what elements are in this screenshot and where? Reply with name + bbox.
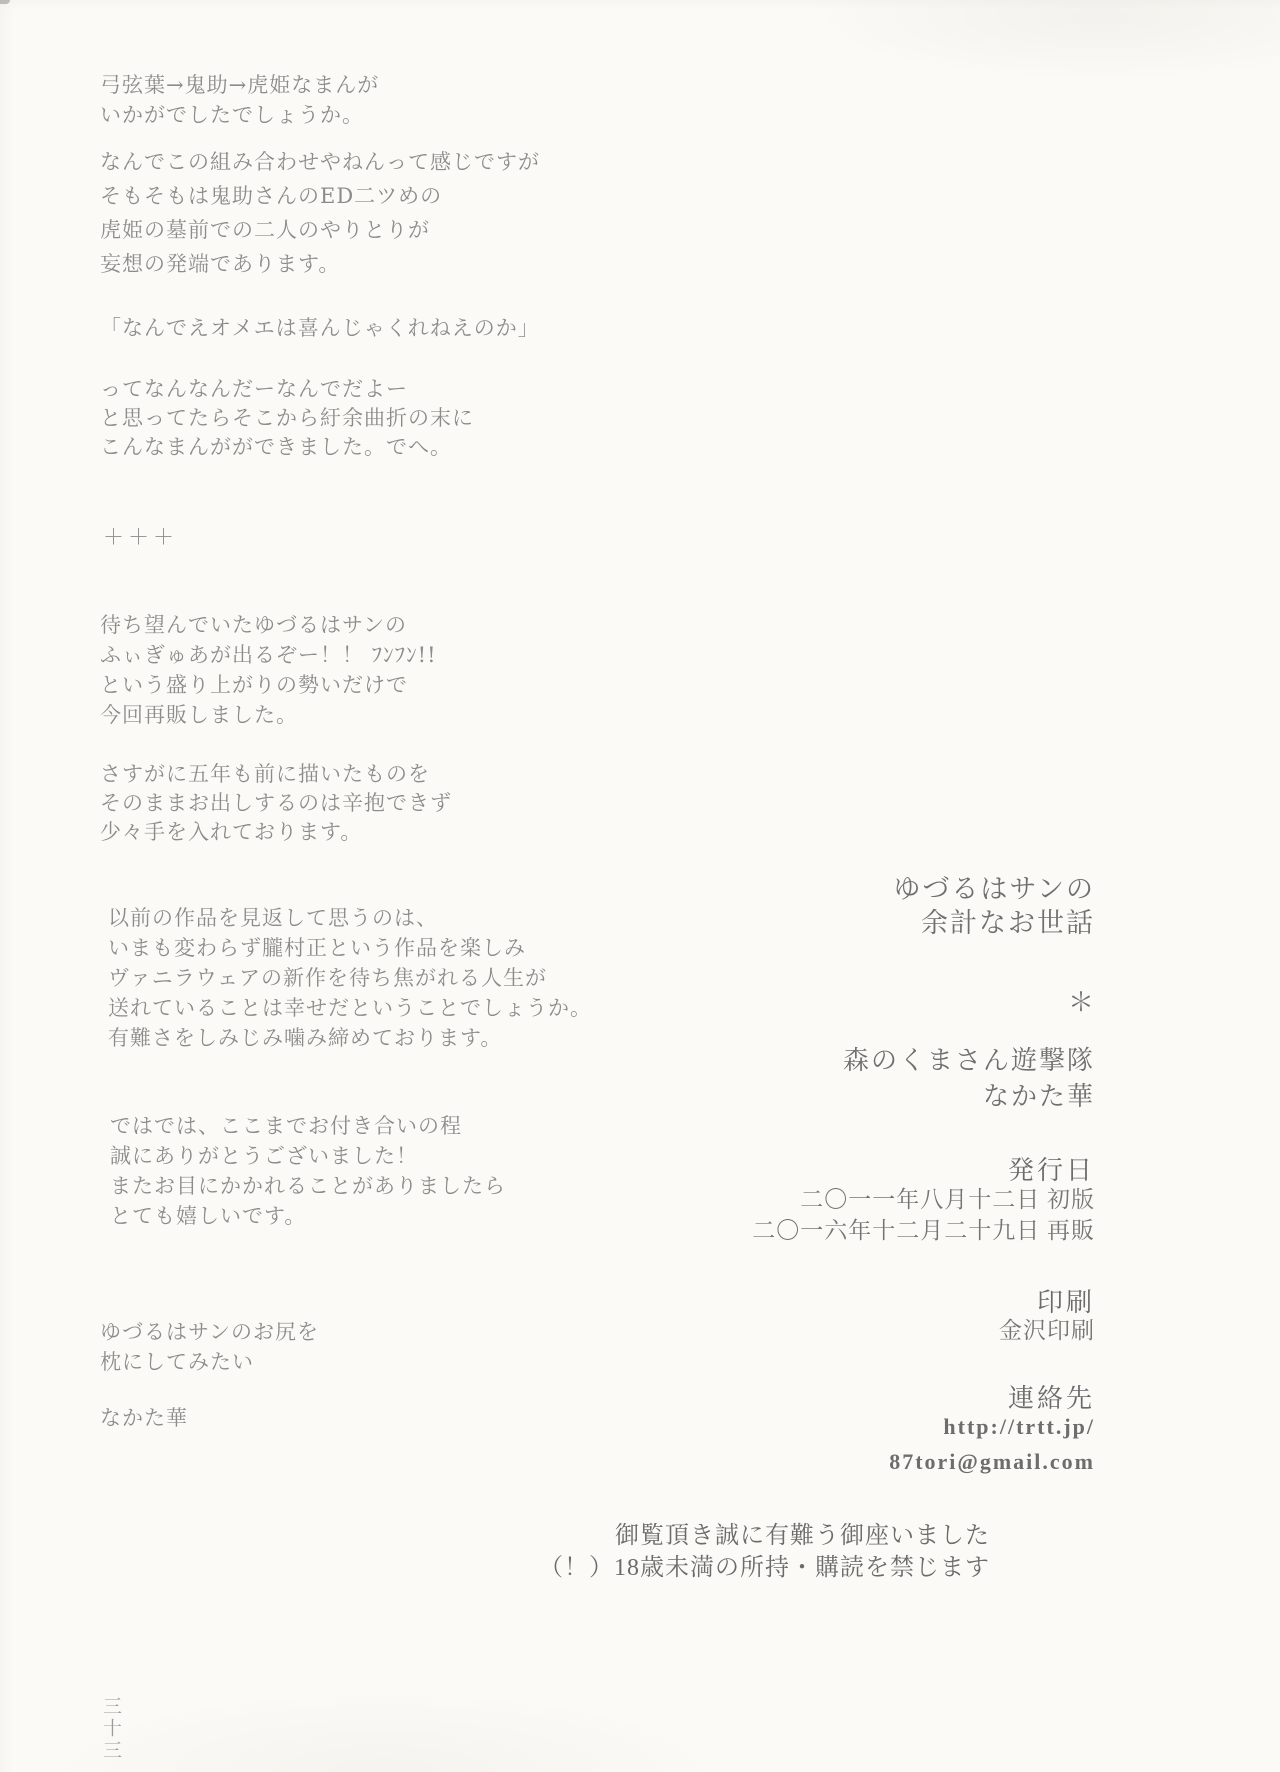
afterword-line: 送れていることは幸せだということでしょうか。 <box>108 993 592 1023</box>
author-signature: なかた華 <box>100 1403 188 1433</box>
afterword-line: 「なんでえオメエは喜んじゃくれねえのか」 <box>100 313 540 343</box>
afterword-line: ＋＋＋ <box>103 522 178 552</box>
age-restriction-line: （！）18歳未満の所持・購読を禁じます <box>539 1552 990 1584</box>
afterword-paragraph: ではでは、ここまでお付き合いの程 誠にありがとうございました！ またお目にかかれ… <box>110 1111 506 1231</box>
afterword-line: そもそもは鬼助さんのED二ツめの <box>100 179 540 213</box>
contact-url: http://trtt.jp/ <box>943 1414 1095 1440</box>
thanks-line: 御覧頂き誠に有難う御座いました <box>539 1520 990 1552</box>
afterword-line: ゆづるはサンのお尻を <box>100 1317 319 1347</box>
book-title-line: ゆづるはサンの <box>893 872 1095 906</box>
afterword-line: ってなんなんだーなんでだよー <box>100 375 474 404</box>
contact-heading: 連絡先 <box>1008 1378 1095 1415</box>
afterword-line: なかた華 <box>100 1403 188 1433</box>
afterword-line: とても嬉しいです。 <box>110 1201 506 1231</box>
afterword-line: さすがに五年も前に描いたものを <box>100 760 452 789</box>
contact-email: 87tori@gmail.com <box>889 1449 1095 1475</box>
publish-date-heading: 発行日 <box>1008 1150 1095 1187</box>
afterword-line: 弓弦葉→鬼助→虎姫なまんが <box>100 70 379 100</box>
reprint-date: 二〇一六年十二月二十九日 再販 <box>752 1215 1095 1246</box>
book-title-line: 余計なお世話 <box>893 906 1095 940</box>
afterword-line: 今回再販しました。 <box>100 700 437 730</box>
afterword-line: 少々手を入れております。 <box>100 818 452 847</box>
afterword-line: 妄想の発端であります。 <box>100 247 540 281</box>
afterword-line: ふぃぎゅあが出るぞー！！ ﾌﾝﾌﾝ!! <box>100 640 437 670</box>
printer-name: 金沢印刷 <box>999 1315 1095 1346</box>
afterword-line: またお目にかかれることがありましたら <box>110 1171 506 1201</box>
afterword-paragraph: ゆづるはサンのお尻を 枕にしてみたい <box>100 1317 319 1377</box>
afterword-line: いまも変わらず朧村正という作品を楽しみ <box>108 933 592 963</box>
afterword-line: ヴァニラウェアの新作を待ち焦がれる人生が <box>108 963 592 993</box>
afterword-line: そのままお出しするのは辛抱できず <box>100 789 452 818</box>
afterword-line: いかがでしたでしょうか。 <box>100 100 379 130</box>
page-number: 三十三 <box>98 1696 125 1762</box>
afterword-line: 虎姫の墓前での二人のやりとりが <box>100 213 540 247</box>
afterword-paragraph: なんでこの組み合わせやねんって感じですが そもそもは鬼助さんのED二ツめの 虎姫… <box>100 145 540 281</box>
closing-notice: 御覧頂き誠に有難う御座いました （！）18歳未満の所持・購読を禁じます <box>539 1520 990 1584</box>
afterword-line: 以前の作品を見返して思うのは、 <box>108 903 592 933</box>
afterword-paragraph: 弓弦葉→鬼助→虎姫なまんが いかがでしたでしょうか。 <box>100 70 379 130</box>
afterword-line: ではでは、ここまでお付き合いの程 <box>110 1111 506 1141</box>
afterword-line: と思ってたらそこから紆余曲折の末に <box>100 404 474 433</box>
afterword-paragraph: 以前の作品を見返して思うのは、 いまも変わらず朧村正という作品を楽しみ ヴァニラ… <box>108 903 592 1053</box>
afterword-line: 待ち望んでいたゆづるはサンの <box>100 610 437 640</box>
afterword-line: こんなまんがができました。でへ。 <box>100 433 474 462</box>
scan-corner-artifact <box>0 0 10 4</box>
afterword-paragraph: 待ち望んでいたゆづるはサンの ふぃぎゅあが出るぞー！！ ﾌﾝﾌﾝ!! という盛り… <box>100 610 437 730</box>
afterword-line: なんでこの組み合わせやねんって感じですが <box>100 145 540 179</box>
book-title: ゆづるはサンの 余計なお世話 <box>893 872 1095 940</box>
publish-dates: 二〇一一年八月十二日 初版 二〇一六年十二月二十九日 再販 <box>752 1184 1095 1246</box>
afterword-divider: ＋＋＋ <box>103 522 178 552</box>
afterword-paragraph: ってなんなんだーなんでだよー と思ってたらそこから紆余曲折の末に こんなまんがが… <box>100 375 474 462</box>
author-name: なかた華 <box>983 1076 1095 1113</box>
afterword-line: 誠にありがとうございました！ <box>110 1141 506 1171</box>
afterword-paragraph: 「なんでえオメエは喜んじゃくれねえのか」 <box>100 313 540 343</box>
circle-name: 森のくまさん遊撃隊 <box>843 1040 1095 1077</box>
printer-heading: 印刷 <box>1037 1282 1095 1319</box>
divider-asterisk: ＊ <box>1068 982 1095 1019</box>
afterword-line: 枕にしてみたい <box>100 1347 319 1377</box>
afterword-paragraph: さすがに五年も前に描いたものを そのままお出しするのは辛抱できず 少々手を入れて… <box>100 760 452 847</box>
afterword-line: という盛り上がりの勢いだけで <box>100 670 437 700</box>
first-edition-date: 二〇一一年八月十二日 初版 <box>752 1184 1095 1215</box>
afterword-line: 有難さをしみじみ噛み締めております。 <box>108 1023 592 1053</box>
